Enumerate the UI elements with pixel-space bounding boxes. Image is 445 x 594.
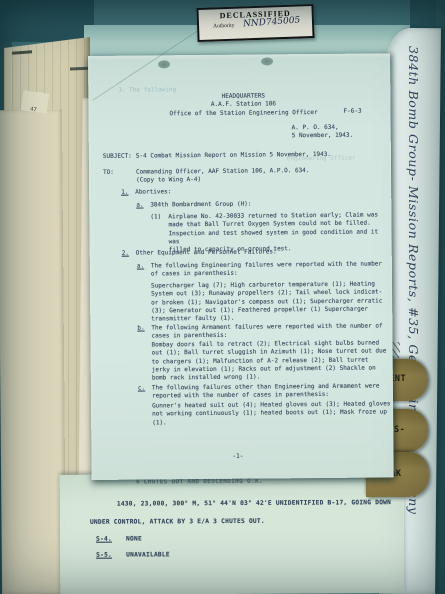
page-number: -1-	[232, 453, 243, 461]
apo-dateline: A. P. O. 634, 5 November, 1943.	[292, 124, 354, 141]
reference-code: F-6-3	[343, 108, 361, 116]
para2b-text: The following Armament failures were rep…	[151, 322, 382, 341]
mission-report-page: 3. The following Engineering Officer HEA…	[88, 53, 394, 480]
s5-label: S-5.	[96, 552, 112, 559]
punch-hole	[261, 57, 273, 65]
s5-value: UNAVAILABLE	[126, 551, 170, 558]
letterhead: HEADQUARTERS A.A.F. Station 106 Office o…	[143, 92, 343, 119]
authority-label: Authority	[213, 23, 235, 30]
para1a-label: a.	[136, 202, 143, 210]
scanned-document-photo: 384th Bomb Group- Mission Reports, #35, …	[0, 0, 445, 594]
subject-text: S-4 Combat Mission Report on Mission 5 N…	[136, 151, 331, 161]
engineering-failures-list: Supercharger lag (7); High carburetor te…	[151, 280, 383, 324]
para1-number: 1.	[121, 189, 128, 197]
para2c-label: c.	[138, 385, 145, 393]
para2a-text: The following Engineering failures were …	[151, 260, 382, 279]
paper-stack-left-front	[0, 110, 66, 594]
para1-title: Abortives:	[135, 188, 171, 197]
para2-title: Other Equipment and Personnel Failures:	[136, 248, 277, 258]
armament-failures-list: Bombay doors fail to retract (2); Electr…	[151, 339, 386, 383]
subject-label: SUBJECT:	[103, 153, 132, 162]
para2b-label: b.	[137, 325, 144, 333]
punch-hole	[158, 60, 170, 68]
pencil-mark: 47	[30, 106, 38, 113]
para2c-text: The following failures other than Engine…	[152, 382, 380, 401]
para1a-title: 384th Bombardment Group (H):	[150, 201, 251, 210]
bottom-report-page: 4 CHUTES OUT AND DESCENDING O.K. 1430, 2…	[60, 473, 405, 594]
to-text: Commanding Officer, AAF Station 106, A.P…	[136, 167, 310, 185]
para1a1-label: (1)	[150, 213, 161, 221]
s4-value: NONE	[126, 535, 142, 542]
to-label: TO:	[103, 169, 114, 177]
personnel-failures-list: Gunner's heated suit out (4); Heated glo…	[152, 400, 391, 427]
declassified-stamp: DECLASSIFIED Authority NND745005	[196, 4, 314, 42]
s4-label: S-4.	[96, 536, 112, 543]
tab-s2-label: S-	[394, 425, 405, 435]
sighting-report-line2: UNDER CONTROL, ATTACK BY 3 E/A 3 CHUTES …	[90, 518, 265, 526]
para2-number: 2.	[122, 250, 129, 258]
para2a-label: a.	[137, 263, 144, 271]
background-top-left	[0, 0, 94, 42]
sighting-report-line1: 1430, 23,000, 300° M, 51° 44'N 03° 42'E …	[117, 499, 391, 507]
